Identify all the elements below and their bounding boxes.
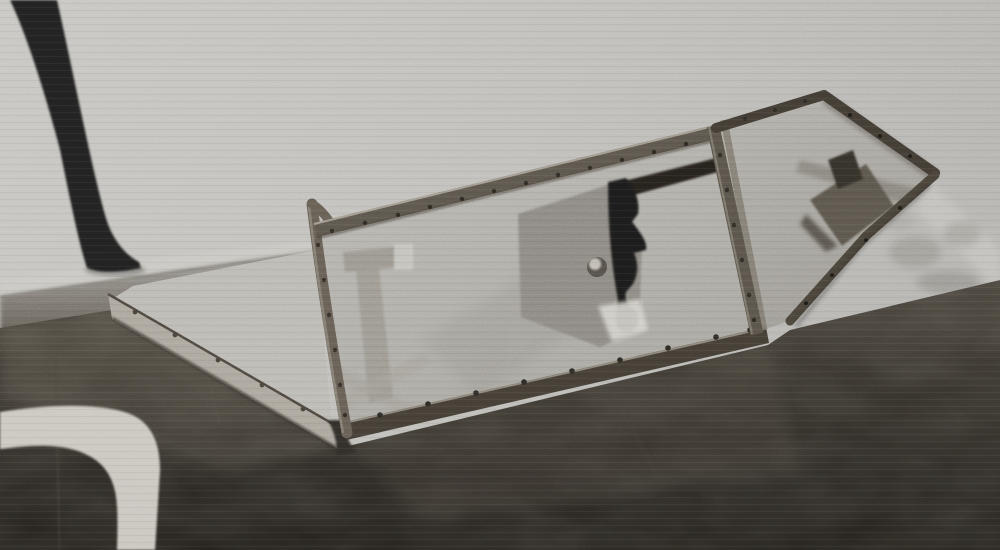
photo-illustration [0,0,1000,550]
photo-canvas [0,0,1000,550]
film-grain-overlay [0,0,1000,550]
